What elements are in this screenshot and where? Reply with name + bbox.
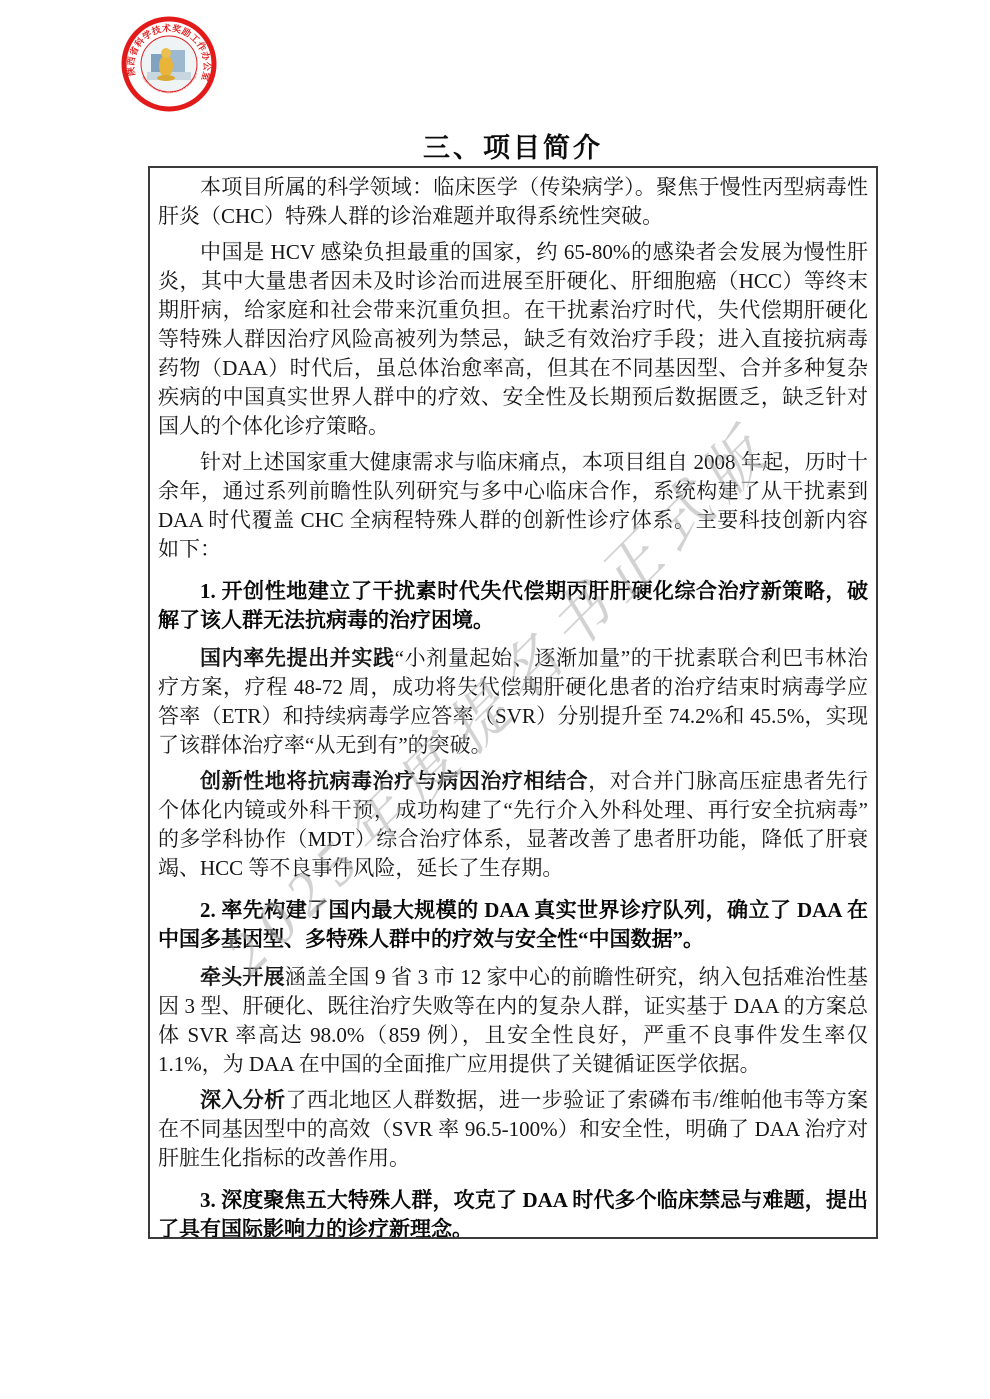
document-body: 本项目所属的科学领域：临床医学（传染病学）。聚焦于慢性丙型病毒性肝炎（CHC）特… [158,173,868,1239]
emphasized-text-run: 1. 开创性地建立了干扰素时代失代偿期丙肝肝硬化综合治疗新策略，破解了该人群无法… [158,579,868,632]
section-heading: 1. 开创性地建立了干扰素时代失代偿期丙肝肝硬化综合治疗新策略，破解了该人群无法… [158,577,868,635]
document-page: 陕西省科学技术奖励工作办公室 Shaanxi Provincial Office… [0,0,990,1399]
paragraph: 深入分析了西北地区人群数据，进一步验证了索磷布韦/维帕他韦等方案在不同基因型中的… [158,1086,868,1173]
organization-seal: 陕西省科学技术奖励工作办公室 Shaanxi Provincial Office… [121,16,217,112]
paragraph: 中国是 HCV 感染负担最重的国家，约 65-80%的感染者会发展为慢性肝炎，其… [158,238,868,441]
text-run: 针对上述国家重大健康需求与临床痛点，本项目组自 2008 年起，历时十余年，通过… [158,450,868,561]
page-title: 三、项目简介 [148,126,878,165]
emphasized-text-run: 国内率先提出并实践 [200,646,395,670]
emphasized-text-run: 2. 率先构建了国内最大规模的 DAA 真实世界诊疗队列，确立了 DAA 在中国… [158,898,868,951]
seal-graphic: 陕西省科学技术奖励工作办公室 Shaanxi Provincial Office… [121,16,217,112]
section-heading: 2. 率先构建了国内最大规模的 DAA 真实世界诊疗队列，确立了 DAA 在中国… [158,896,868,954]
emphasized-text-run: 创新性地将抗病毒治疗与病因治疗相结合 [200,769,588,793]
paragraph: 创新性地将抗病毒治疗与病因治疗相结合，对合并门脉高压症患者先行个体化内镜或外科干… [158,767,868,883]
paragraph: 本项目所属的科学领域：临床医学（传染病学）。聚焦于慢性丙型病毒性肝炎（CHC）特… [158,173,868,231]
paragraph: 牵头开展涵盖全国 9 省 3 市 12 家中心的前瞻性研究，纳入包括难治性基因 … [158,963,868,1079]
section-heading: 3. 深度聚焦五大特殊人群，攻克了 DAA 时代多个临床禁忌与难题，提出了具有国… [158,1186,868,1239]
text-run: 中国是 HCV 感染负担最重的国家，约 65-80%的感染者会发展为慢性肝炎，其… [158,240,868,438]
emphasized-text-run: 3. 深度聚焦五大特殊人群，攻克了 DAA 时代多个临床禁忌与难题，提出了具有国… [158,1188,868,1239]
emphasized-text-run: 深入分析 [200,1088,285,1112]
emphasized-text-run: 牵头开展 [200,965,285,989]
content-table: 本项目所属的科学领域：临床医学（传染病学）。聚焦于慢性丙型病毒性肝炎（CHC）特… [148,166,878,1239]
text-run: 本项目所属的科学领域：临床医学（传染病学）。聚焦于慢性丙型病毒性肝炎（CHC）特… [158,175,868,228]
paragraph: 针对上述国家重大健康需求与临床痛点，本项目组自 2008 年起，历时十余年，通过… [158,448,868,564]
paragraph: 国内率先提出并实践“小剂量起始、逐渐加量”的干扰素联合利巴韦林治疗方案，疗程 4… [158,644,868,760]
